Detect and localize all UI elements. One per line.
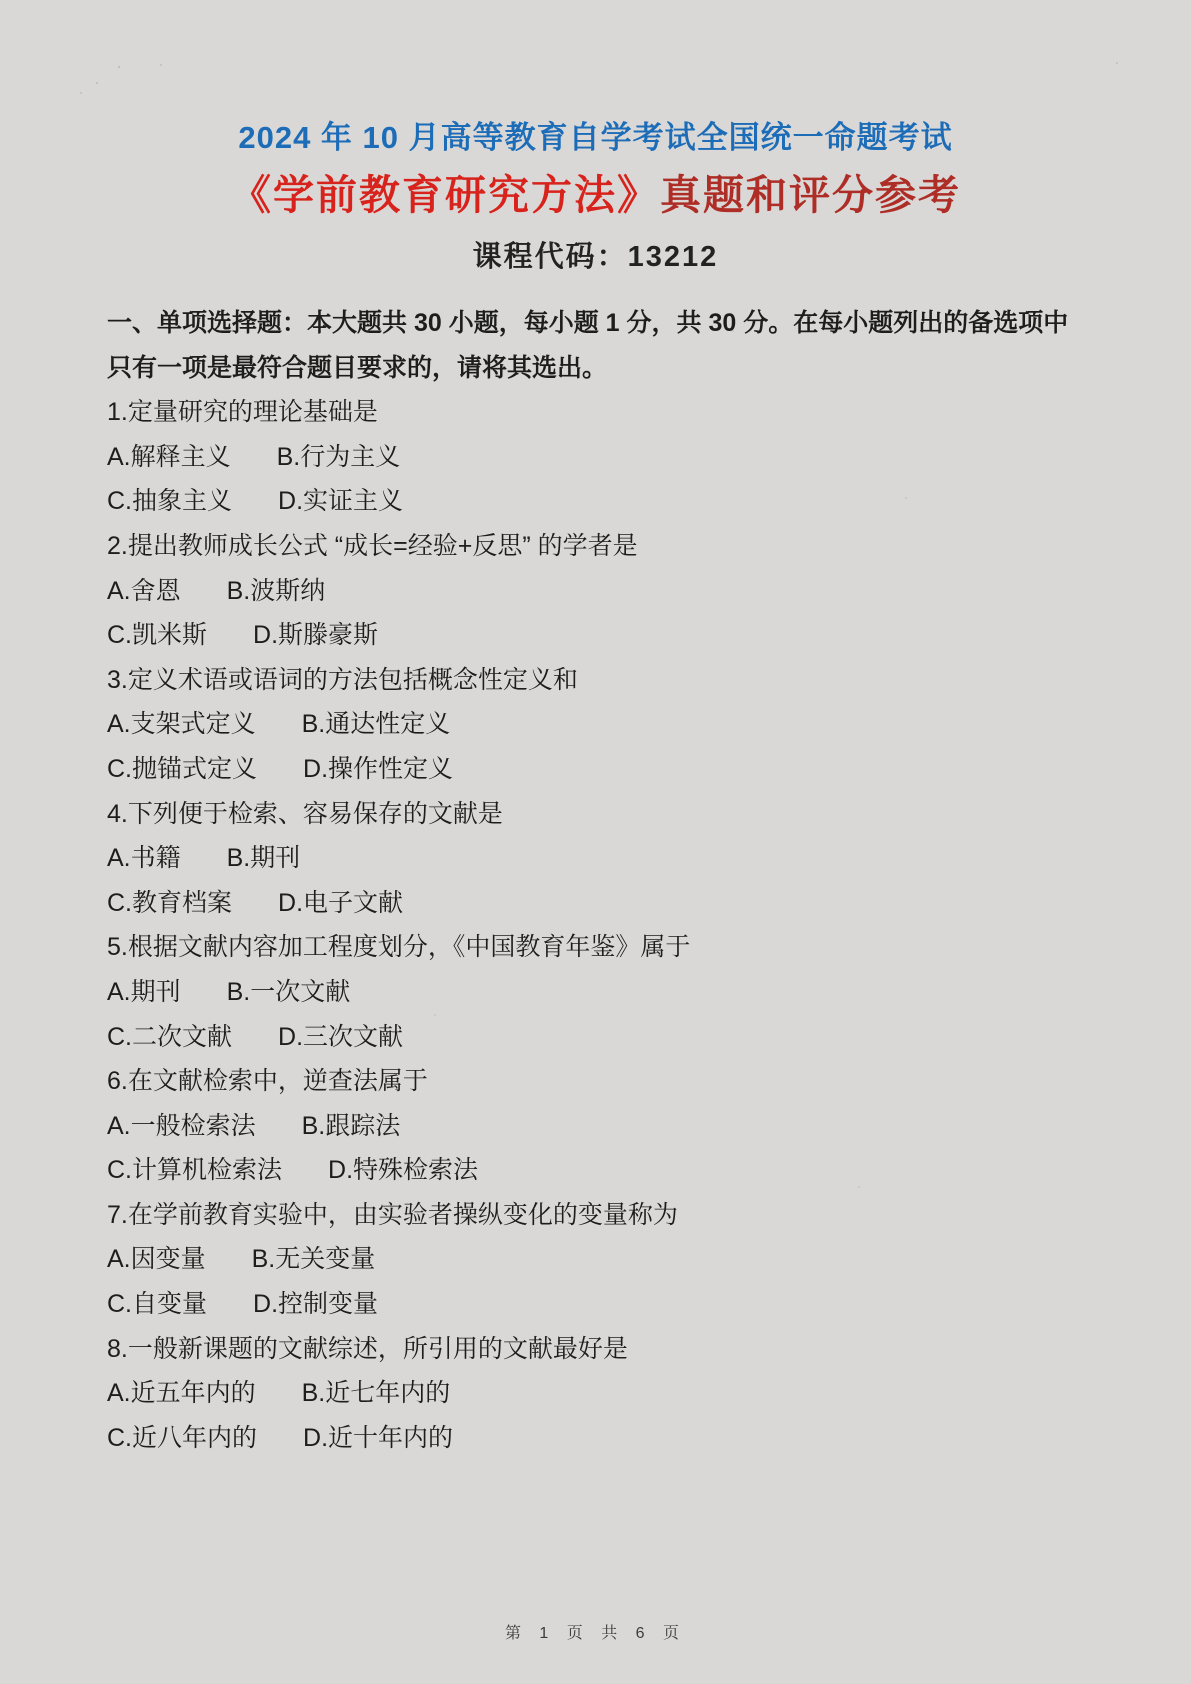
scan-noise (0, 0, 2, 2)
option-cell: D.近十年内的 (303, 1416, 453, 1461)
option-row: C.教育档案 D.电子文献 (107, 881, 1091, 926)
option-cell: A.一般检索法 (107, 1104, 256, 1149)
document-page: 2024 年 10 月高等教育自学考试全国统一命题考试 《学前教育研究方法》真题… (0, 0, 1191, 1684)
option-cell: C.教育档案 (107, 881, 232, 926)
option-cell: A.支架式定义 (107, 702, 256, 747)
option-cell: D.三次文献 (278, 1015, 403, 1060)
question-text: 4.下列便于检索、容易保存的文献是 (107, 792, 1091, 837)
option-cell: B.行为主义 (277, 435, 401, 480)
option-cell: D.实证主义 (278, 479, 403, 524)
option-row: A.支架式定义 B.通达性定义 (107, 702, 1091, 747)
option-row: A.一般检索法 B.跟踪法 (107, 1104, 1091, 1149)
option-row: A.因变量 B.无关变量 (107, 1237, 1091, 1282)
option-row: C.自变量 D.控制变量 (107, 1282, 1091, 1327)
option-cell: D.控制变量 (253, 1282, 378, 1327)
question-text: 6.在文献检索中，逆查法属于 (107, 1059, 1091, 1104)
section-instruction-line-2: 只有一项是最符合题目要求的，请将其选出。 (107, 346, 1091, 391)
main-title-suffix: 真题和评分参考 (660, 172, 961, 218)
section-instruction-line-1: 一、单项选择题：本大题共 30 小题，每小题 1 分，共 30 分。在每小题列出… (107, 301, 1091, 346)
option-cell: C.抽象主义 (107, 479, 232, 524)
option-cell: A.书籍 (107, 836, 181, 881)
option-cell: A.近五年内的 (107, 1371, 256, 1416)
option-cell: B.通达性定义 (302, 702, 451, 747)
option-cell: C.计算机检索法 (107, 1148, 282, 1193)
question-text: 8.一般新课题的文献综述，所引用的文献最好是 (107, 1327, 1091, 1372)
option-cell: B.近七年内的 (302, 1371, 451, 1416)
option-row: C.计算机检索法 D.特殊检索法 (107, 1148, 1091, 1193)
option-cell: D.操作性定义 (303, 747, 453, 792)
option-cell: B.期刊 (227, 836, 301, 881)
option-row: A.舍恩 B.波斯纳 (107, 569, 1091, 614)
option-cell: B.无关变量 (252, 1237, 376, 1282)
option-row: C.近八年内的 D.近十年内的 (107, 1416, 1091, 1461)
course-name-title: 《学前教育研究方法》 (230, 172, 660, 218)
option-cell: B.波斯纳 (227, 569, 326, 614)
option-cell: C.凯米斯 (107, 613, 207, 658)
option-cell: D.特殊检索法 (328, 1148, 478, 1193)
page-footer: 第 1 页 共 6 页 (0, 1620, 1191, 1643)
option-cell: A.期刊 (107, 970, 181, 1015)
option-row: C.抽象主义 D.实证主义 (107, 479, 1091, 524)
option-cell: D.斯滕豪斯 (253, 613, 378, 658)
option-cell: C.抛锚式定义 (107, 747, 257, 792)
question-text: 3.定义术语或语词的方法包括概念性定义和 (107, 658, 1091, 703)
option-cell: A.舍恩 (107, 569, 181, 614)
option-row: A.近五年内的 B.近七年内的 (107, 1371, 1091, 1416)
option-cell: C.二次文献 (107, 1015, 232, 1060)
option-row: A.期刊 B.一次文献 (107, 970, 1091, 1015)
option-cell: B.跟踪法 (302, 1104, 401, 1149)
question-text: 1.定量研究的理论基础是 (107, 390, 1091, 435)
option-cell: A.因变量 (107, 1237, 206, 1282)
option-cell: B.一次文献 (227, 970, 351, 1015)
option-cell: C.近八年内的 (107, 1416, 257, 1461)
option-row: A.解释主义 B.行为主义 (107, 435, 1091, 480)
question-text: 2.提出教师成长公式 “成长=经验+反思” 的学者是 (107, 524, 1091, 569)
option-row: C.凯米斯 D.斯滕豪斯 (107, 613, 1091, 658)
question-text: 5.根据文献内容加工程度划分，《中国教育年鉴》属于 (107, 925, 1091, 970)
question-text: 7.在学前教育实验中，由实验者操纵变化的变量称为 (107, 1193, 1091, 1238)
option-cell: C.自变量 (107, 1282, 207, 1327)
option-row: C.抛锚式定义 D.操作性定义 (107, 747, 1091, 792)
option-cell: A.解释主义 (107, 435, 231, 480)
option-row: A.书籍 B.期刊 (107, 836, 1091, 881)
main-title: 《学前教育研究方法》真题和评分参考 (0, 162, 1191, 221)
question-section: 一、单项选择题：本大题共 30 小题，每小题 1 分，共 30 分。在每小题列出… (107, 301, 1091, 1460)
course-code: 课程代码：13212 (0, 234, 1191, 275)
option-row: C.二次文献 D.三次文献 (107, 1015, 1091, 1060)
exam-session-title: 2024 年 10 月高等教育自学考试全国统一命题考试 (0, 112, 1191, 157)
option-cell: D.电子文献 (278, 881, 403, 926)
